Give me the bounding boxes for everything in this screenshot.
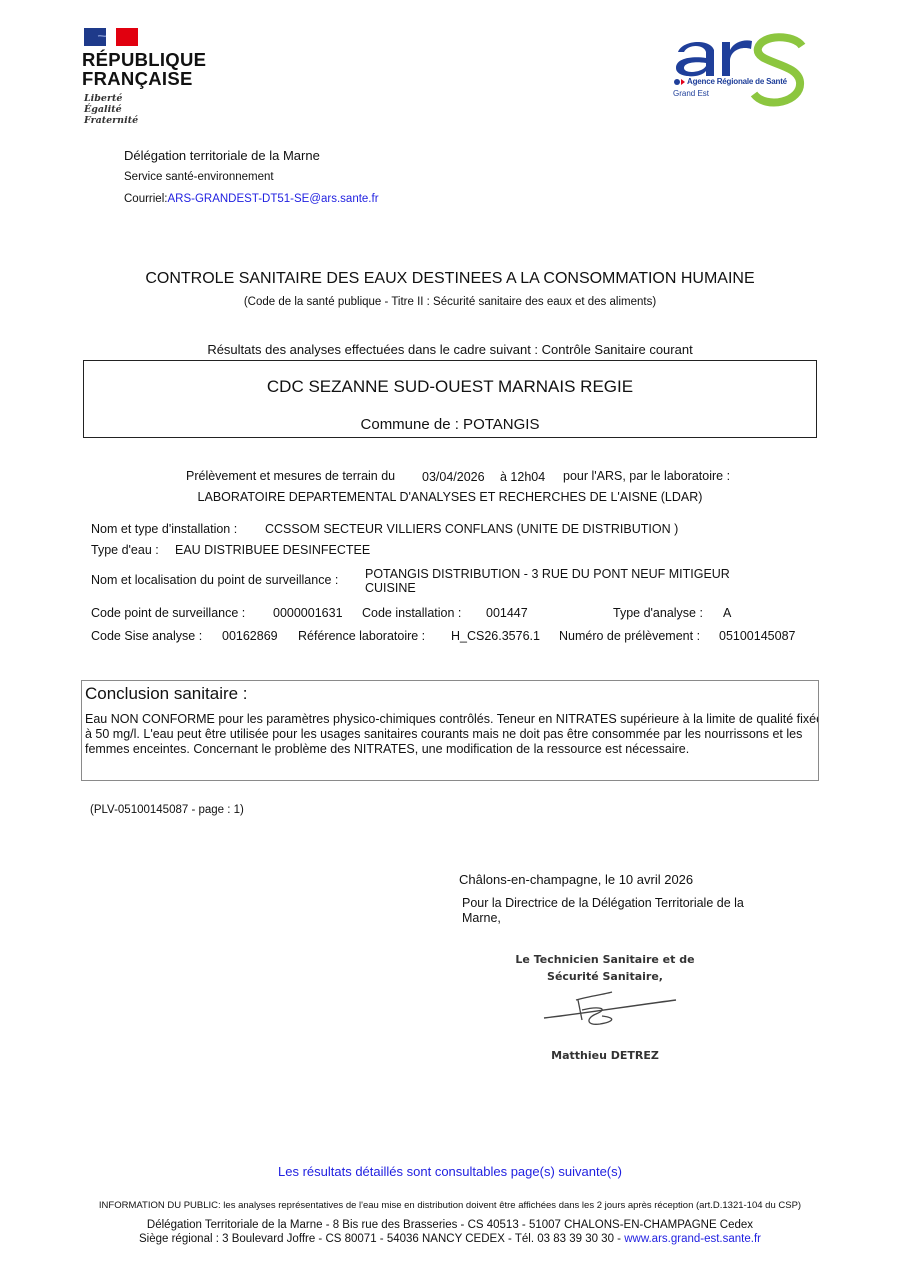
lab-reference-label: Référence laboratoire :: [298, 629, 425, 643]
point-code-label: Code point de surveillance :: [91, 606, 245, 620]
installation-code-label: Code installation :: [362, 606, 461, 620]
lab-reference-value: H_CS26.3576.1: [451, 629, 540, 643]
signatory-role-line2: Sécurité Sanitaire,: [490, 970, 720, 983]
on-behalf-of: Pour la Directrice de la Délégation Terr…: [462, 896, 752, 926]
ars-region: Grand Est: [673, 89, 709, 98]
sampling-intro: Prélèvement et mesures de terrain du: [186, 469, 395, 483]
commune-name: Commune de : POTANGIS: [84, 416, 816, 433]
red-chevron-icon: [681, 79, 685, 85]
entity-name: CDC SEZANNE SUD-OUEST MARNAIS REGIE: [84, 377, 816, 397]
sampling-date: 03/04/2026: [422, 470, 485, 484]
analysis-context: Résultats des analyses effectuées dans l…: [0, 342, 900, 357]
conclusion-title: Conclusion sanitaire :: [85, 684, 248, 704]
surveillance-point-value: POTANGIS DISTRIBUTION - 3 RUE DU PONT NE…: [365, 567, 730, 595]
marianne-flag-icon: [84, 28, 138, 46]
headquarters-text: Siège régional : 3 Boulevard Joffre - CS…: [139, 1233, 624, 1245]
conclusion-box: Conclusion sanitaire : Eau NON CONFORME …: [81, 680, 819, 781]
water-type-value: EAU DISTRIBUEE DESINFECTEE: [175, 543, 370, 557]
public-information: INFORMATION DU PUBLIC: les analyses repr…: [0, 1200, 900, 1211]
address-headquarters: Siège régional : 3 Boulevard Joffre - CS…: [0, 1233, 900, 1245]
water-type-label: Type d'eau :: [91, 543, 159, 557]
installation-label: Nom et type d'installation :: [91, 522, 237, 536]
sampling-time: à 12h04: [500, 470, 545, 484]
email-line: Courriel:ARS-GRANDEST-DT51-SE@ars.sante.…: [124, 193, 379, 205]
sampling-for: pour l'ARS, par le laboratoire :: [563, 469, 730, 483]
ars-wordmark-icon: [670, 30, 810, 110]
laboratory-name: LABORATOIRE DEPARTEMENTAL D'ANALYSES ET …: [0, 490, 900, 504]
document-subtitle: (Code de la santé publique - Titre II : …: [0, 296, 900, 308]
rf-title-line2: FRANÇAISE: [82, 69, 206, 88]
handwritten-signature-icon: [540, 990, 680, 1030]
ars-agency-text: Agence Régionale de Santé: [687, 77, 787, 86]
place-date: Châlons-en-champagne, le 10 avril 2026: [459, 872, 693, 887]
entity-box: CDC SEZANNE SUD-OUEST MARNAIS REGIE Comm…: [83, 360, 817, 438]
surveillance-point-label: Nom et localisation du point de surveill…: [91, 573, 357, 587]
ars-agency-name: Agence Régionale de Santé: [674, 77, 787, 86]
document-title: CONTROLE SANITAIRE DES EAUX DESTINEES A …: [0, 270, 900, 288]
surveillance-point-line1: POTANGIS DISTRIBUTION - 3 RUE DU PONT NE…: [365, 567, 730, 581]
republique-francaise-title: RÉPUBLIQUE FRANÇAISE: [82, 50, 206, 88]
analysis-type-value: A: [723, 606, 731, 620]
installation-value: CCSSOM SECTEUR VILLIERS CONFLANS (UNITE …: [265, 522, 678, 536]
republique-motto: Liberté Égalité Fraternité: [84, 93, 138, 126]
page-reference: (PLV-05100145087 - page : 1): [90, 804, 244, 816]
signatory-name: Matthieu DETREZ: [490, 1049, 720, 1062]
motto-fraternite: Fraternité: [84, 115, 138, 126]
analysis-type-label: Type d'analyse :: [613, 606, 703, 620]
point-code-value: 0000001631: [273, 606, 343, 620]
motto-egalite: Égalité: [84, 104, 138, 115]
installation-code-value: 001447: [486, 606, 528, 620]
rf-title-line1: RÉPUBLIQUE: [82, 50, 206, 69]
blue-dot-icon: [674, 79, 680, 85]
address-delegation: Délégation Territoriale de la Marne - 8 …: [0, 1219, 900, 1231]
sample-number-label: Numéro de prélèvement :: [559, 629, 700, 643]
delegation-name: Délégation territoriale de la Marne: [124, 148, 320, 163]
surveillance-point-line2: CUISINE: [365, 581, 730, 595]
sample-number-value: 05100145087: [719, 629, 795, 643]
email-label: Courriel:: [124, 193, 167, 205]
sise-value: 00162869: [222, 629, 278, 643]
sise-label: Code Sise analyse :: [91, 629, 202, 643]
signatory-role-line1: Le Technicien Sanitaire et de: [490, 953, 720, 966]
conclusion-text: Eau NON CONFORME pour les paramètres phy…: [85, 712, 819, 758]
motto-liberte: Liberté: [84, 93, 138, 104]
service-name: Service santé-environnement: [124, 171, 274, 183]
website-link[interactable]: www.ars.grand-est.sante.fr: [624, 1233, 761, 1245]
email-link[interactable]: ARS-GRANDEST-DT51-SE@ars.sante.fr: [167, 193, 378, 205]
detailed-results-note: Les résultats détaillés sont consultable…: [0, 1164, 900, 1179]
